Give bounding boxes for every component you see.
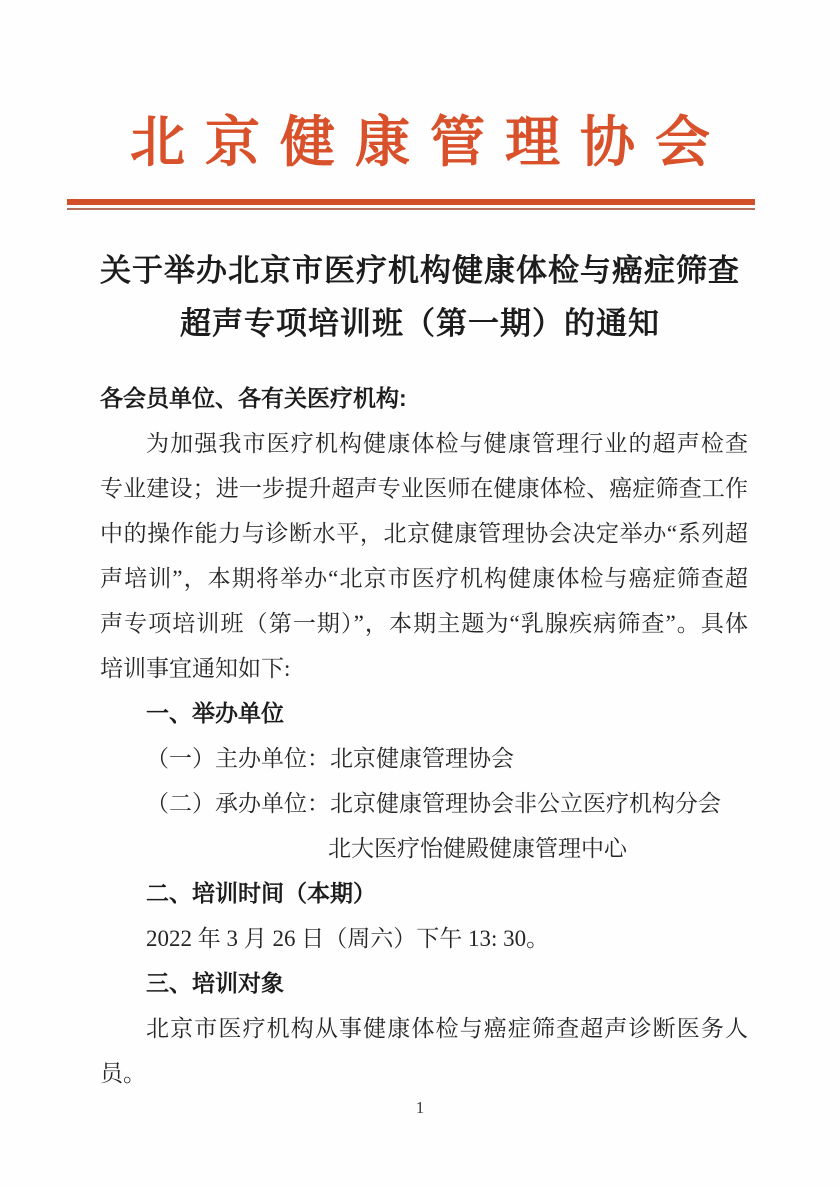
letterhead-rule-thick (67, 199, 755, 205)
body-line: 北京市医疗机构从事健康体检与癌症筛查超声诊断医务人 (100, 1006, 748, 1051)
body-line: 专业建设；进一步提升超声专业医师在健康体检、癌症筛查工作 (100, 466, 748, 511)
body-line: 三、培训对象 (100, 961, 748, 1006)
letterhead-org-name: 北京健康管理协会 (0, 103, 840, 183)
document-body: 各会员单位、各有关医疗机构:为加强我市医疗机构健康体检与健康管理行业的超声检查专… (100, 376, 748, 1096)
body-line: （一）主办单位：北京健康管理协会 (100, 736, 748, 781)
body-line: 声培训”，本期将举办“北京市医疗机构健康体检与癌症筛查超 (100, 556, 748, 601)
letterhead-rule (67, 199, 755, 210)
body-line: 北大医疗怡健殿健康管理中心 (100, 826, 748, 871)
document-page: 北京健康管理协会 关于举办北京市医疗机构健康体检与癌症筛查 超声专项培训班（第一… (0, 0, 840, 1187)
body-line: 中的操作能力与诊断水平，北京健康管理协会决定举办“系列超 (100, 511, 748, 556)
body-line: 培训事宜通知如下: (100, 646, 748, 691)
body-line: 员。 (100, 1051, 748, 1096)
document-title: 关于举办北京市医疗机构健康体检与癌症筛查 超声专项培训班（第一期）的通知 (0, 244, 840, 350)
body-line: 声专项培训班（第一期）”，本期主题为“乳腺疾病筛查”。具体 (100, 601, 748, 646)
body-line: 各会员单位、各有关医疗机构: (100, 376, 748, 421)
body-line: 二、培训时间（本期） (100, 871, 748, 916)
body-line: 为加强我市医疗机构健康体检与健康管理行业的超声检查 (100, 421, 748, 466)
body-line: （二）承办单位：北京健康管理协会非公立医疗机构分会 (100, 781, 748, 826)
letterhead-rule-thin (67, 208, 755, 210)
document-title-line2: 超声专项培训班（第一期）的通知 (0, 297, 840, 350)
body-line: 2022 年 3 月 26 日（周六）下午 13: 30。 (100, 916, 748, 961)
document-title-line1: 关于举办北京市医疗机构健康体检与癌症筛查 (0, 244, 840, 297)
page-number: 1 (0, 1098, 840, 1118)
body-line: 一、举办单位 (100, 691, 748, 736)
